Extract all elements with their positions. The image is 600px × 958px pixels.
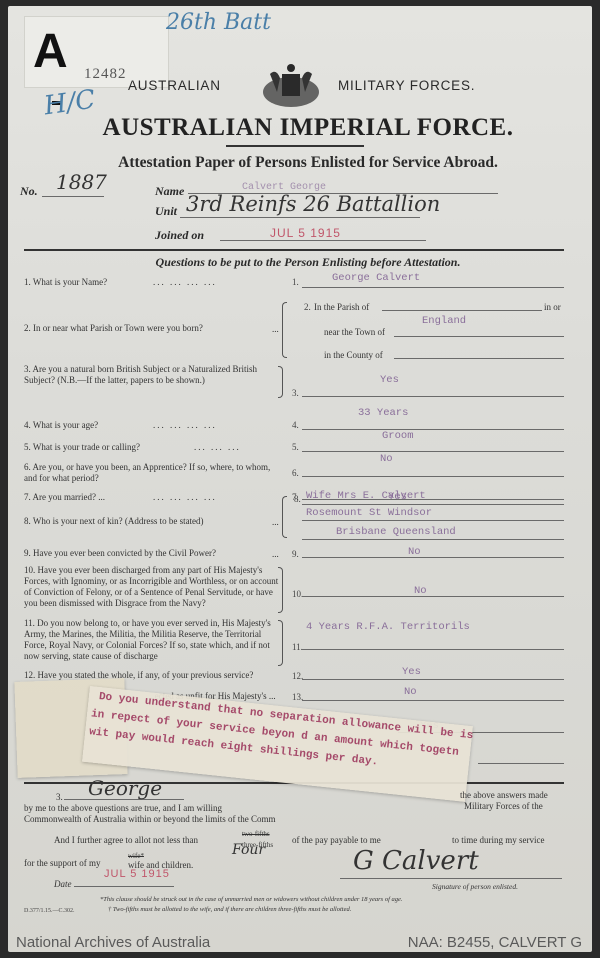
answer-3: Yes <box>380 374 399 386</box>
answer-8-line-3: Brisbane Queensland <box>336 526 456 538</box>
date-label: Date <box>54 879 72 890</box>
allot-struck-two-fifths: two-fifths <box>242 829 270 840</box>
handwritten-four: Four <box>232 842 265 858</box>
regimental-number: 1887 <box>56 170 107 194</box>
question-8-dots: ... <box>272 517 279 528</box>
joined-on-stamp: JUL 5 1915 <box>270 226 341 240</box>
question-9: 9. Have you ever been convicted by the C… <box>24 548 216 559</box>
answer-6-num: 6. <box>292 468 299 478</box>
answer-12: Yes <box>402 666 421 678</box>
answer-8-underline-3 <box>302 539 564 540</box>
watermark-left: National Archives of Australia <box>16 934 210 951</box>
question-11: 11. Do you now belong to, or have you ev… <box>24 618 282 662</box>
answer-2-num: 2. <box>304 302 311 312</box>
answer-3-num: 3. <box>292 388 299 398</box>
answer-8-num: 8. <box>294 494 301 504</box>
answer-12-line <box>302 679 564 680</box>
allot-text-1: And I further agree to allot not less th… <box>54 835 198 846</box>
joined-on-label: Joined on <box>155 228 204 243</box>
question-5: 5. What is your trade or calling? <box>24 442 140 453</box>
answer-5: Groom <box>382 430 414 442</box>
answer-9: No <box>408 546 421 558</box>
signature-caption: Signature of person enlisted. <box>432 882 518 891</box>
question-7: 7. Are you married? ... <box>24 492 105 503</box>
signature-line <box>340 878 562 879</box>
allot-text-2: of the pay payable to me <box>292 835 381 846</box>
no-label: No. <box>20 184 38 199</box>
answer-1-line <box>302 287 564 288</box>
unit-label: Unit <box>155 204 177 219</box>
questions-heading: Questions to be put to the Person Enlist… <box>8 255 600 270</box>
question-8-brace <box>282 496 287 538</box>
parish-suffix: in or <box>544 302 561 313</box>
question-4-dots: ... ... ... ... <box>153 420 217 431</box>
answer-4-num: 4. <box>292 420 299 430</box>
answer-10: No <box>414 585 427 597</box>
support-text: for the support of my <box>24 858 101 869</box>
question-2: 2. In or near what Parish or Town were y… <box>24 323 203 334</box>
question-11-brace <box>278 620 283 666</box>
answer-4: 33 Years <box>358 407 408 419</box>
answer-5-line <box>302 451 564 452</box>
date-stamp: JUL 5 1915 <box>104 868 170 880</box>
answer-4-line <box>302 429 564 430</box>
question-8: 8. Who is your next of kin? (Address to … <box>24 516 204 527</box>
sticker-number: 12482 <box>84 66 127 83</box>
town-line <box>394 336 564 337</box>
answer-9-num: 9. <box>292 549 299 559</box>
question-7-dots: ... ... ... ... <box>153 492 217 503</box>
answer-8-underline-1 <box>302 504 564 505</box>
answer-1-num: 1. <box>292 277 299 287</box>
answer-8-line-1: Wife Mrs E. Calvert <box>306 490 426 502</box>
attestation-paper: A 12482 26th Batt H/C AUSTRALIAN MILITAR… <box>8 6 592 952</box>
declaration-num: 3. <box>56 792 63 803</box>
question-1-dots: ... ... ... ... <box>153 277 217 288</box>
answer-11: 4 Years R.F.A. Territorils <box>306 621 470 633</box>
answer-13-line <box>302 700 564 701</box>
watermark-right: NAA: B2455, CALVERT G <box>408 934 582 951</box>
answer-10-line <box>302 596 564 597</box>
header-australian: AUSTRALIAN <box>128 78 221 93</box>
question-5-dots: ... ... ... <box>194 442 241 453</box>
county-line <box>394 358 564 359</box>
question-3: 3. Are you a natural born British Subjec… <box>24 364 282 386</box>
answer-1: George Calvert <box>332 272 420 284</box>
town-label: near the Town of <box>324 327 385 338</box>
footnote-1: *This clause should be struck out in the… <box>100 896 403 903</box>
parish-line <box>382 310 542 311</box>
answer-11-num: 11. <box>292 642 303 652</box>
answer-6-line <box>302 476 564 477</box>
allot-text-3: to time during my service <box>452 835 544 846</box>
handwritten-battalion: 26th Batt <box>166 10 271 35</box>
name-label: Name <box>155 184 184 199</box>
answer-6: No <box>380 453 393 465</box>
question-10: 10. Have you ever been discharged from a… <box>24 565 282 609</box>
form-code: D.377/1.15.—C.302. <box>24 908 75 914</box>
answer-11-line <box>302 649 564 650</box>
answer-8-line-2: Rosemount St Windsor <box>306 507 432 519</box>
declaration-line-2: Commonwealth of Australia within or beyo… <box>24 814 275 825</box>
question-10-brace <box>278 567 283 613</box>
page-title: AUSTRALIAN IMPERIAL FORCE. <box>8 114 600 142</box>
unit-value: 3rd Reinfs 26 Battallion <box>186 192 440 216</box>
date-line <box>74 886 174 887</box>
sticker-letter: A <box>33 28 68 76</box>
enlistee-signature: G Calvert <box>353 846 479 876</box>
declaration-right-2: Military Forces of the <box>464 801 543 812</box>
question-2-dots: ... <box>272 324 279 335</box>
section-rule <box>24 249 564 251</box>
footnote-2: † Two-fifths must be allotted to the wif… <box>108 906 351 913</box>
unit-underline <box>180 217 420 218</box>
question-4: 4. What is your age? <box>24 420 98 431</box>
declaration-line-1: by me to the above questions are true, a… <box>24 803 222 814</box>
answer-9-line <box>302 557 564 558</box>
answer-15-line <box>478 763 564 764</box>
answer-3-line <box>302 396 564 397</box>
question-12: 12. Have you stated the whole, if any, o… <box>24 670 253 681</box>
answer-5-num: 5. <box>292 442 299 452</box>
question-6: 6. Are you, or have you been, an Apprent… <box>24 462 282 484</box>
coat-of-arms-icon <box>256 60 326 110</box>
joined-underline <box>220 240 426 241</box>
question-3-brace <box>278 366 283 398</box>
county-label: in the County of <box>324 350 383 361</box>
no-underline <box>42 196 104 197</box>
title-rule <box>226 145 364 147</box>
declaration-signed-name: George <box>88 776 162 800</box>
answer-2-town: England <box>422 315 466 327</box>
declaration-right-1: the above answers made <box>460 790 548 801</box>
answer-13: No <box>404 686 417 698</box>
question-1: 1. What is your Name? <box>24 277 107 288</box>
question-2-brace <box>282 302 287 358</box>
answer-10-num: 10. <box>292 589 303 599</box>
question-9-dots: ... <box>272 549 279 560</box>
header-military-forces: MILITARY FORCES. <box>338 78 475 93</box>
answer-8-underline-2 <box>302 520 564 521</box>
parish-label: In the Parish of <box>314 302 369 313</box>
